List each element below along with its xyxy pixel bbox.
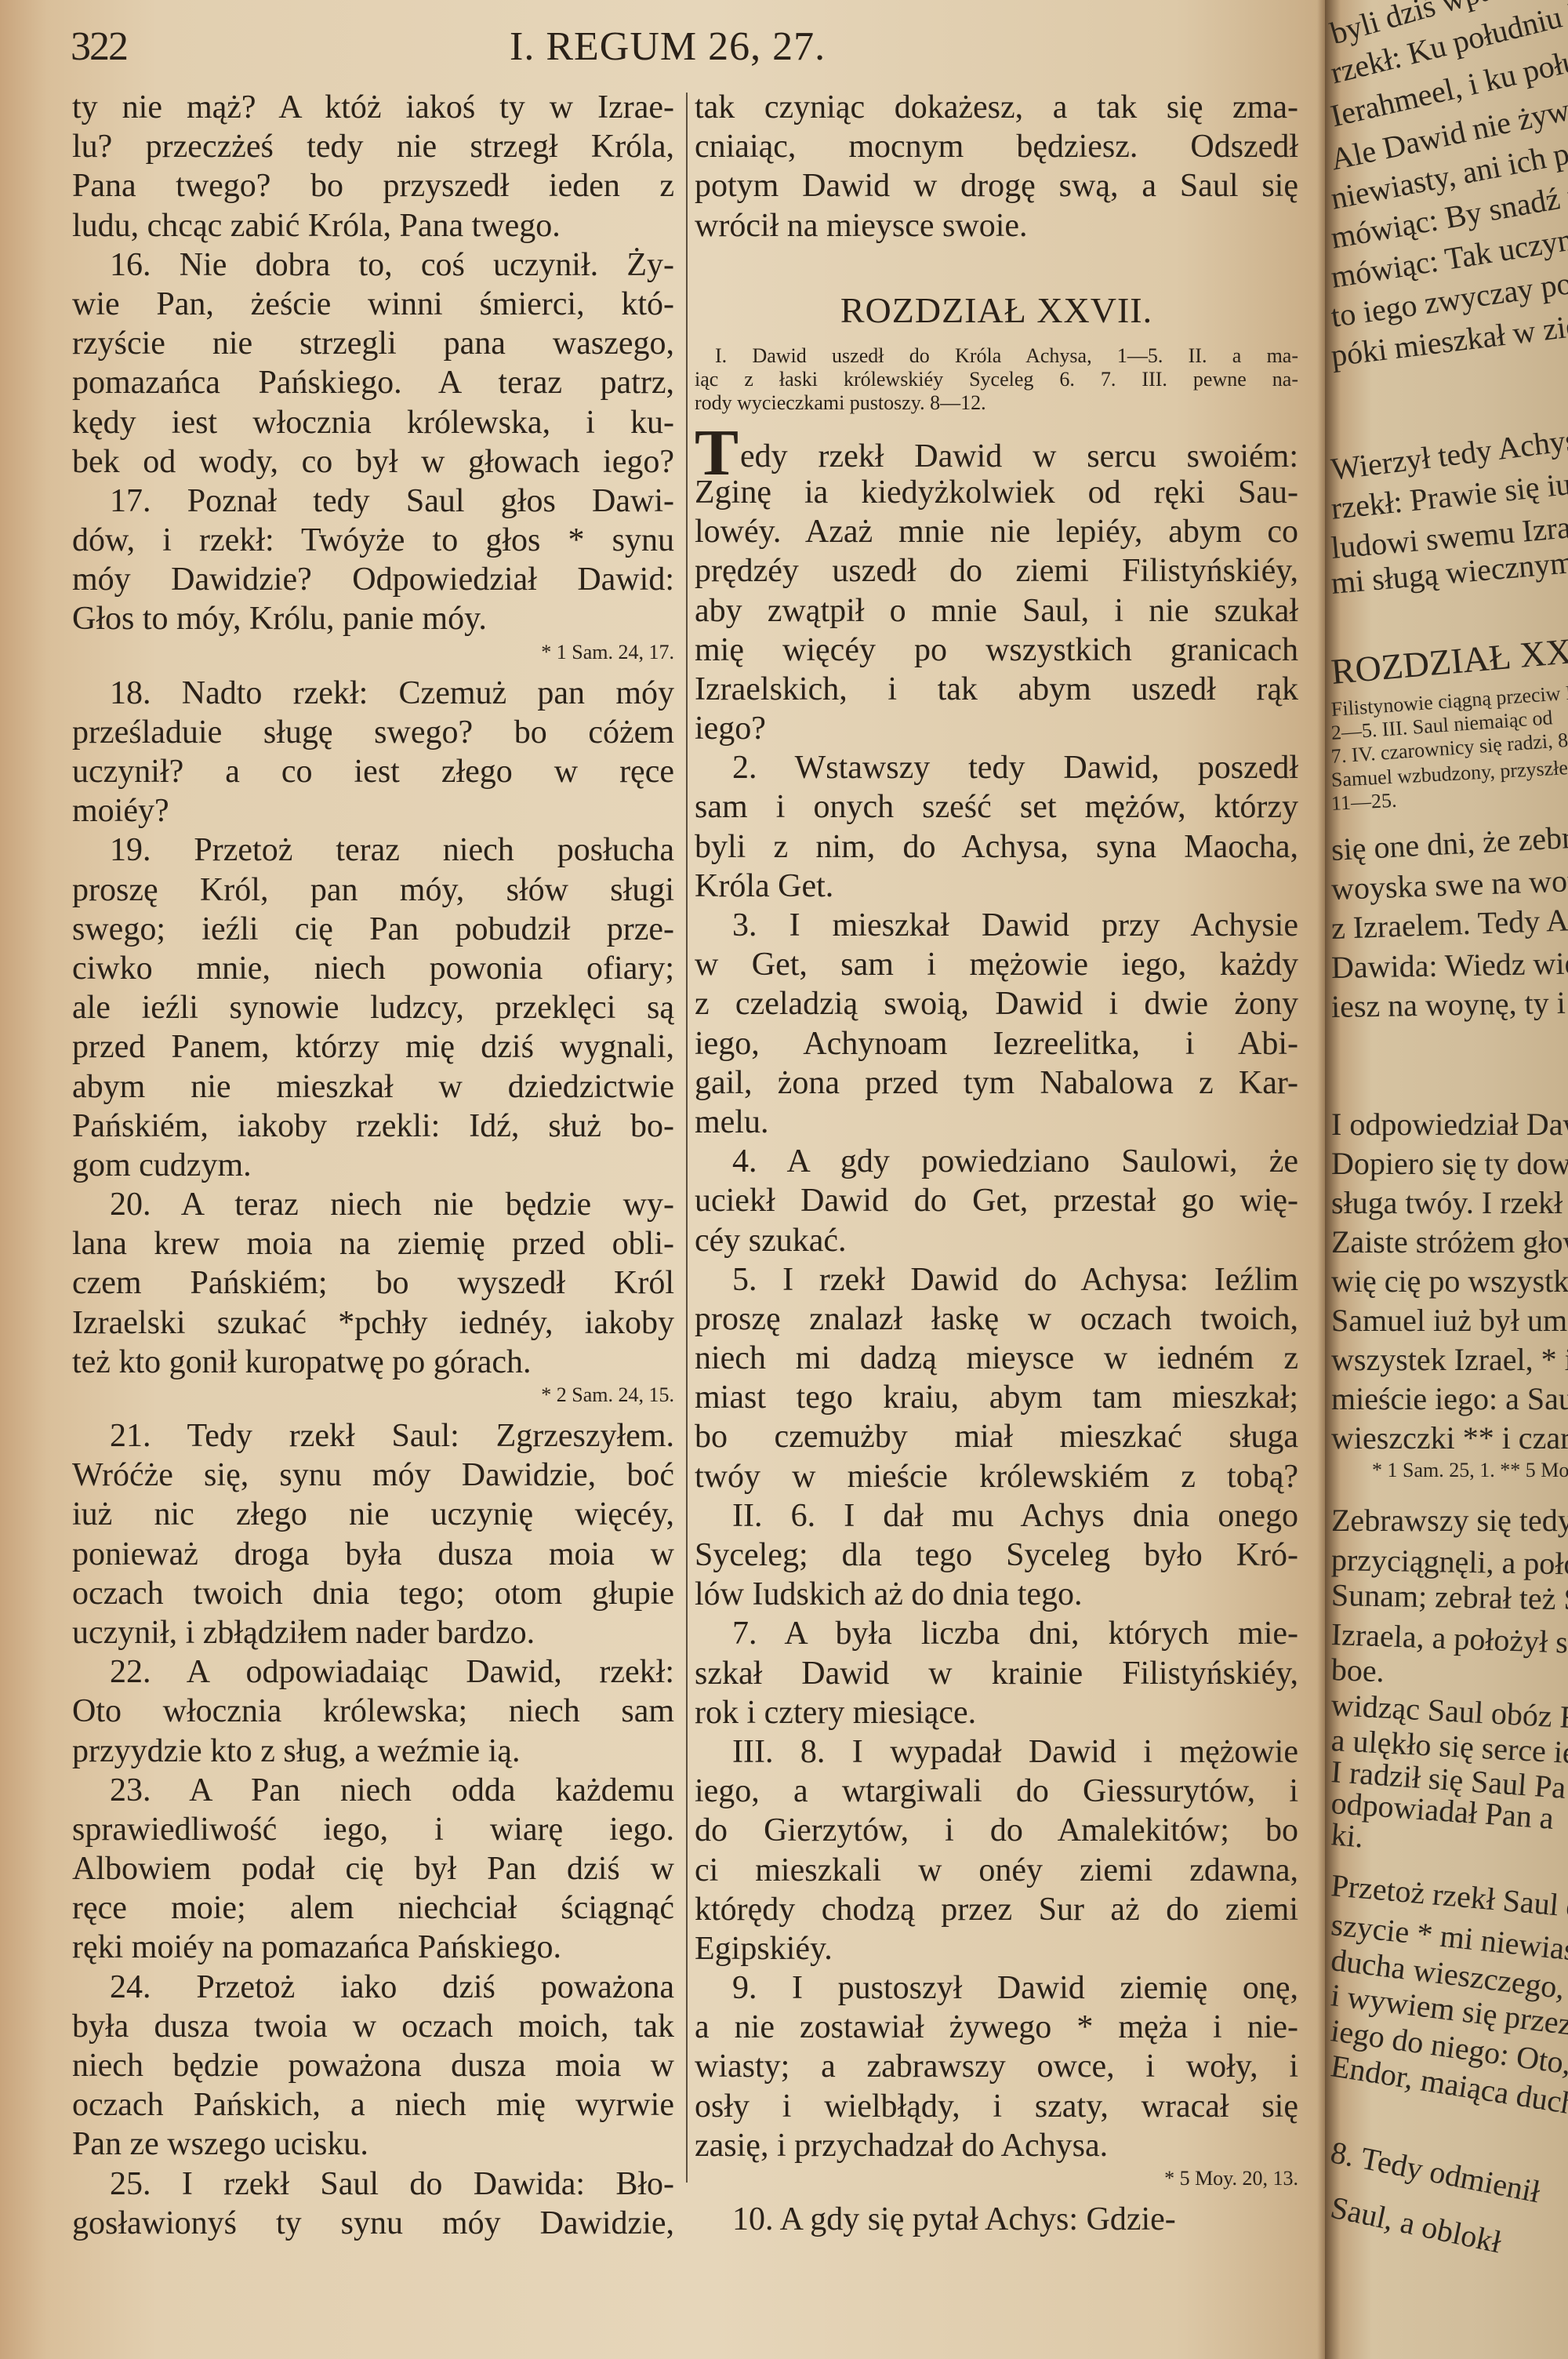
verse-line: uciekł Dawid do Get, przestał go wię- <box>695 1181 1298 1220</box>
verse-5: 5. I rzekł Dawid do Achysa: Ieźlim prosz… <box>695 1260 1298 1496</box>
verse-line: 2. Wstawszy tedy Dawid, poszedł <box>695 748 1298 787</box>
text-line: Pana twego? bo przyszedł ieden z <box>72 166 674 205</box>
facing-line: Dawida: Wiedz wiedząc, i <box>1331 943 1568 986</box>
verse-8: III. 8. I wypadał Dawid i mężowie iego, … <box>695 1732 1298 1968</box>
verse-16: 16. Nie dobra to, coś uczynił. Ży- wie P… <box>72 245 674 482</box>
chapter-heading: ROZDZIAŁ XXVII. <box>695 291 1298 330</box>
verse-line: niech mi dadzą mieysce w iedném z <box>695 1339 1298 1378</box>
text-line: cniaiąc, mocnym będziesz. Odszedł <box>695 127 1298 166</box>
verse-17: 17. Poznał tedy Saul głos Dawi- dów, i r… <box>72 482 674 666</box>
text-line: ludu, chcąc zabić Króla, Pana twego. <box>72 206 674 245</box>
verse-line: Syceleg; dla tego Syceleg było Kró- <box>695 1536 1298 1575</box>
verse-line: przyydzie kto z sług, a weźmie ią. <box>72 1732 674 1771</box>
verse-3: 3. I mieszkał Dawid przy Achysie w Get, … <box>695 906 1298 1142</box>
facing-line: ki. <box>1330 1816 1365 1855</box>
verse-line: prześladuie sługę swego? bo cóżem <box>72 713 674 752</box>
verse-25: 25. I rzekł Saul do Dawida: Bło- gosławi… <box>72 2165 674 2243</box>
verse-line: bek od wody, co był w głowach iego? <box>72 442 674 482</box>
verse-line: Króla Get. <box>695 867 1298 906</box>
verse-line: ponieważ droga była dusza moia w <box>72 1535 674 1574</box>
verse-line: 24. Przetoż iako dziś poważona <box>72 1968 674 2007</box>
verse-19: 19. Przetoż teraz niech posłucha proszę … <box>72 831 674 1185</box>
verse-line: ale ieźli synowie ludzcy, przeklęci są <box>72 988 674 1027</box>
verse-9: 9. I pustoszył Dawid ziemię onę, a nie z… <box>695 1968 1298 2192</box>
verse-24: 24. Przetoż iako dziś poważona była dusz… <box>72 1968 674 2165</box>
facing-line: wszystek Izrael, * i pogrze <box>1331 1341 1568 1378</box>
summary-line: I. Dawid uszedł do Króla Achysa, 1—5. II… <box>695 344 1298 368</box>
verse-line: 20. A teraz niech nie będzie wy- <box>72 1185 674 1224</box>
text-line: wrócił na mieysce swoie. <box>695 206 1298 245</box>
verse-line: niech będzie poważona dusza moia w <box>72 2046 674 2085</box>
verse-line: ci mieszkali w onéy ziemi zdawna, <box>695 1851 1298 1890</box>
verse-line: byli z nim, do Achysa, syna Maocha, <box>695 827 1298 867</box>
verse-2: 2. Wstawszy tedy Dawid, poszedł sam i on… <box>695 748 1298 906</box>
verse-line: 3. I mieszkał Dawid przy Achysie <box>695 906 1298 945</box>
chapter-summary: I. Dawid uszedł do Króla Achysa, 1—5. II… <box>695 344 1298 415</box>
verse-line: pomazańca Pańskiego. A teraz patrz, <box>72 363 674 402</box>
verse-1: Tedy rzekł Dawid w sercu swoiém: Zginę i… <box>695 434 1298 749</box>
verse-line: 4. A gdy powiedziano Saulowi, że <box>695 1142 1298 1181</box>
verse-line: też kto gonił kuropatwę po górach. <box>72 1343 674 1382</box>
verse-line: dów, i rzekł: Twóyże to głos * synu <box>72 521 674 560</box>
page-number: 322 <box>71 24 127 70</box>
verse-line: 7. A była liczba dni, których mie- <box>695 1614 1298 1653</box>
facing-footnote: * 1 Sam. 25, 1. ** 5 Moy <box>1372 1459 1568 1482</box>
verse-line: iego, a wtargiwali do Giessurytów, i <box>695 1772 1298 1811</box>
running-title: I. REGUM 26, 27. <box>510 24 826 70</box>
verse-line: ciwko mnie, niech powonia ofiary; <box>72 949 674 988</box>
verse-line: bo czemużby miał mieszkać sługa <box>695 1417 1298 1456</box>
text-block: ty nie mąż? A któż iakoś ty w Izrae- lu?… <box>72 88 674 245</box>
verse-line: Pan ze wszego ucisku. <box>72 2125 674 2164</box>
verse-line: iego? <box>695 709 1298 748</box>
verse-line: Głos to móy, Królu, panie móy. <box>72 599 674 638</box>
verse-line: II. 6. I dał mu Achys dnia onego <box>695 1496 1298 1536</box>
facing-line: iesz na woynę, ty i <box>1331 984 1566 1025</box>
verse-4: 4. A gdy powiedziano Saulowi, że uciekł … <box>695 1142 1298 1260</box>
verse-line: Wróćże się, synu móy Dawidzie, boć <box>72 1456 674 1495</box>
facing-chapter-heading: ROZDZIAŁ XXVIII. <box>1330 623 1568 692</box>
verse-line: w Get, sam i mężowie iego, każdy <box>695 945 1298 984</box>
verse-line: Pańskiém, iakoby rzekli: Idź, służ bo- <box>72 1107 674 1146</box>
verse-line: Tedy rzekł Dawid w sercu swoiém: <box>695 434 1298 473</box>
verse-line-text: edy rzekł Dawid w sercu swoiém: <box>740 438 1298 474</box>
footnote-reference: * 2 Sam. 24, 15. <box>72 1382 674 1408</box>
verse-10: 10. A gdy się pytał Achys: Gdzie- <box>695 2200 1298 2239</box>
verse-line: czem Pańskiém; bo wyszedł Król <box>72 1263 674 1303</box>
verse-line: oczach twoich dnia tego; otom głupie <box>72 1574 674 1613</box>
facing-line: się one dni, że zebrali <box>1330 817 1568 868</box>
verse-line: osły i wielbłądy, i szaty, wracał się <box>695 2087 1298 2126</box>
verse-line: Oto włocznia królewska; niech sam <box>72 1692 674 1731</box>
text-line: lu? przeczżeś tedy nie strzegł Króla, <box>72 127 674 166</box>
verse-line: 25. I rzekł Saul do Dawida: Bło- <box>72 2165 674 2204</box>
text-line: ty nie mąż? A któż iakoś ty w Izrae- <box>72 88 674 127</box>
verse-line: ręce moie; alem niechciał ściągnąć <box>72 1888 674 1928</box>
verse-line: proszę Król, pan móy, słów sługi <box>72 871 674 910</box>
verse-line: 19. Przetoż teraz niech posłucha <box>72 831 674 870</box>
facing-line: boe. <box>1330 1651 1385 1689</box>
verse-line: swego; ieźli cię Pan pobudził prze- <box>72 910 674 949</box>
verse-line: ręki moiéy na pomazańca Pańskiego. <box>72 1928 674 1967</box>
facing-line: Saul, a oblokł <box>1327 2189 1504 2261</box>
verse-line: abym nie mieszkał w dziedzictwie <box>72 1067 674 1107</box>
verse-line: iego, Achynoam Iezreelitka, i Abi- <box>695 1024 1298 1063</box>
verse-line: gosławionyś ty synu móy Dawidzie, <box>72 2204 674 2243</box>
verse-line: céy szukać. <box>695 1221 1298 1260</box>
summary-line: iąc z łaski królewskiéy Syceleg 6. 7. II… <box>695 368 1298 391</box>
verse-line: Albowiem podał cię był Pan dziś w <box>72 1849 674 1888</box>
verse-line: Izraelski szukać *pchły iednéy, iakoby <box>72 1303 674 1343</box>
verse-line: miast tego kraiu, abym tam mieszkał; <box>695 1378 1298 1417</box>
verse-line: sam i onych sześć set mężów, którzy <box>695 787 1298 827</box>
facing-line: wieszczki ** i czarowniki <box>1331 1419 1568 1456</box>
verse-line: rzyście nie strzegli pana waszego, <box>72 324 674 363</box>
facing-line: mieście iego: a Saul <box>1331 1380 1568 1417</box>
verse-line: rok i cztery miesiące. <box>695 1693 1298 1732</box>
verse-line: 17. Poznał tedy Saul głos Dawi- <box>72 482 674 521</box>
verse-22: 22. A odpowiadaiąc Dawid, rzekł: Oto wło… <box>72 1652 674 1771</box>
facing-page-fragment: byli dziś wpadli? rzekł: Ku południu Iud… <box>1325 0 1568 2359</box>
verse-line: lowéy. Azaż mnie nie lepiéy, abym co <box>695 512 1298 551</box>
verse-line: wie Pan, żeście winni śmierci, któ- <box>72 285 674 324</box>
verse-line: aby zwątpił o mnie Saul, i nie szukał <box>695 591 1298 631</box>
column-divider-rule <box>686 93 688 2183</box>
verse-18: 18. Nadto rzekł: Czemuż pan móy prześlad… <box>72 674 674 831</box>
verse-line: sprawiedliwość iego, i wiarę iego. <box>72 1810 674 1849</box>
facing-line: wię cię po wszystkie <box>1331 1263 1568 1299</box>
chapter-26-ending: tak czyniąc dokażesz, a tak się zma- cni… <box>695 88 1298 245</box>
verse-line: zasię, i przychadzał do Achysa. <box>695 2126 1298 2165</box>
verse-line: 18. Nadto rzekł: Czemuż pan móy <box>72 674 674 713</box>
verse-line: 16. Nie dobra to, coś uczynił. Ży- <box>72 245 674 285</box>
facing-line: Samuel iuż był umarł, <box>1331 1302 1568 1339</box>
facing-summary-line: 11—25. <box>1330 789 1397 816</box>
verse-line: gom cudzym. <box>72 1146 674 1185</box>
facing-line: Dopiero się ty dowi <box>1331 1145 1568 1182</box>
verse-line: iuż nic złego nie uczynię więcéy, <box>72 1495 674 1534</box>
verse-line: uczynił, i zbłądziłem nader bardzo. <box>72 1613 674 1652</box>
verse-line: uczynił? a co iest złego w ręce <box>72 752 674 791</box>
verse-line: twóy w mieście królewskiém z tobą? <box>695 1457 1298 1496</box>
text-line: potym Dawid w drogę swą, a Saul się <box>695 166 1298 205</box>
verse-line: 23. A Pan niech odda każdemu <box>72 1771 674 1810</box>
book-page-left: 322 I. REGUM 26, 27. ty nie mąż? A któż … <box>0 0 1325 2359</box>
verse-line: III. 8. I wypadał Dawid i mężowie <box>695 1732 1298 1772</box>
verse-line: moiéy? <box>72 791 674 831</box>
left-column: ty nie mąż? A któż iakoś ty w Izrae- lu?… <box>72 88 674 2243</box>
verse-line: Zginę ia kiedyżkolwiek od ręki Sau- <box>695 473 1298 512</box>
verse-21: 21. Tedy rzekł Saul: Zgrzeszyłem. Wróćże… <box>72 1416 674 1652</box>
verse-line: 9. I pustoszył Dawid ziemię onę, <box>695 1968 1298 2008</box>
verse-line: 5. I rzekł Dawid do Achysa: Ieźlim <box>695 1260 1298 1299</box>
facing-line: I odpowiedział Daw <box>1331 1106 1568 1143</box>
verse-line: móy Dawidzie? Odpowiedział Dawid: <box>72 560 674 599</box>
verse-line: Izraelskich, i tak abym uszedł rąk <box>695 670 1298 709</box>
verse-line: wiasty; a zabrawszy owce, i woły, i <box>695 2047 1298 2086</box>
verse-23: 23. A Pan niech odda każdemu sprawiedliw… <box>72 1771 674 1968</box>
running-header: 322 I. REGUM 26, 27. <box>71 24 1294 78</box>
facing-line: Zaiste stróżem głow <box>1331 1223 1568 1260</box>
facing-line: sługa twóy. I rzekł A <box>1331 1184 1568 1221</box>
verse-line: którędy chodzą przez Sur aż do ziemi <box>695 1890 1298 1929</box>
verse-line: oczach Pańskich, a niech mię wyrwie <box>72 2085 674 2125</box>
verse-line: lów Iudskich aż do dnia tego. <box>695 1575 1298 1614</box>
verse-7: 7. A była liczba dni, których mie- szkał… <box>695 1614 1298 1732</box>
verse-line: gail, żona przed tym Nabalowa z Kar- <box>695 1063 1298 1103</box>
verse-line: prędzéy uszedł do ziemi Filistyńskiéy, <box>695 551 1298 591</box>
verse-line: proszę znalazł łaskę w oczach twoich, <box>695 1299 1298 1339</box>
verse-line: kędy iest włocznia królewska, i ku- <box>72 403 674 442</box>
verse-line: Egipskiéy. <box>695 1929 1298 1968</box>
facing-line: Sunam; zebrał też Sau <box>1331 1576 1568 1618</box>
verse-line: 22. A odpowiadaiąc Dawid, rzekł: <box>72 1652 674 1692</box>
verse-line: 10. A gdy się pytał Achys: Gdzie- <box>695 2200 1298 2239</box>
verse-line: 21. Tedy rzekł Saul: Zgrzeszyłem. <box>72 1416 674 1456</box>
verse-line: do Gierzytów, i do Amalekitów; bo <box>695 1811 1298 1850</box>
facing-line: woyska swe na woy <box>1330 862 1568 907</box>
facing-line: Zebrawszy się tedy F <box>1331 1502 1568 1539</box>
verse-line: szkał Dawid w krainie Filistyńskiéy, <box>695 1654 1298 1693</box>
verse-line: lana krew moia na ziemię przed obli- <box>72 1224 674 1263</box>
verse-line: przed Panem, którzy mię dziś wygnali, <box>72 1027 674 1067</box>
verse-6: II. 6. I dał mu Achys dnia onego Syceleg… <box>695 1496 1298 1615</box>
summary-line: rody wycieczkami pustoszy. 8—12. <box>695 391 1298 415</box>
verse-line: z czeladzią swoią, Dawid i dwie żony <box>695 984 1298 1023</box>
verse-line: była dusza twoia w oczach moich, tak <box>72 2007 674 2046</box>
verse-line: mię więcéy po wszystkich granicach <box>695 631 1298 670</box>
text-line: tak czyniąc dokażesz, a tak się zma- <box>695 88 1298 127</box>
verse-20: 20. A teraz niech nie będzie wy- lana kr… <box>72 1185 674 1408</box>
right-column: tak czyniąc dokażesz, a tak się zma- cni… <box>695 88 1298 2239</box>
footnote-reference: * 1 Sam. 24, 17. <box>72 639 674 666</box>
verse-line: melu. <box>695 1103 1298 1142</box>
verse-line: a nie zostawiał żywego * męża i nie- <box>695 2008 1298 2047</box>
facing-line: z Izraelem. Tedy Ach <box>1330 900 1568 947</box>
footnote-reference: * 5 Moy. 20, 13. <box>695 2165 1298 2192</box>
